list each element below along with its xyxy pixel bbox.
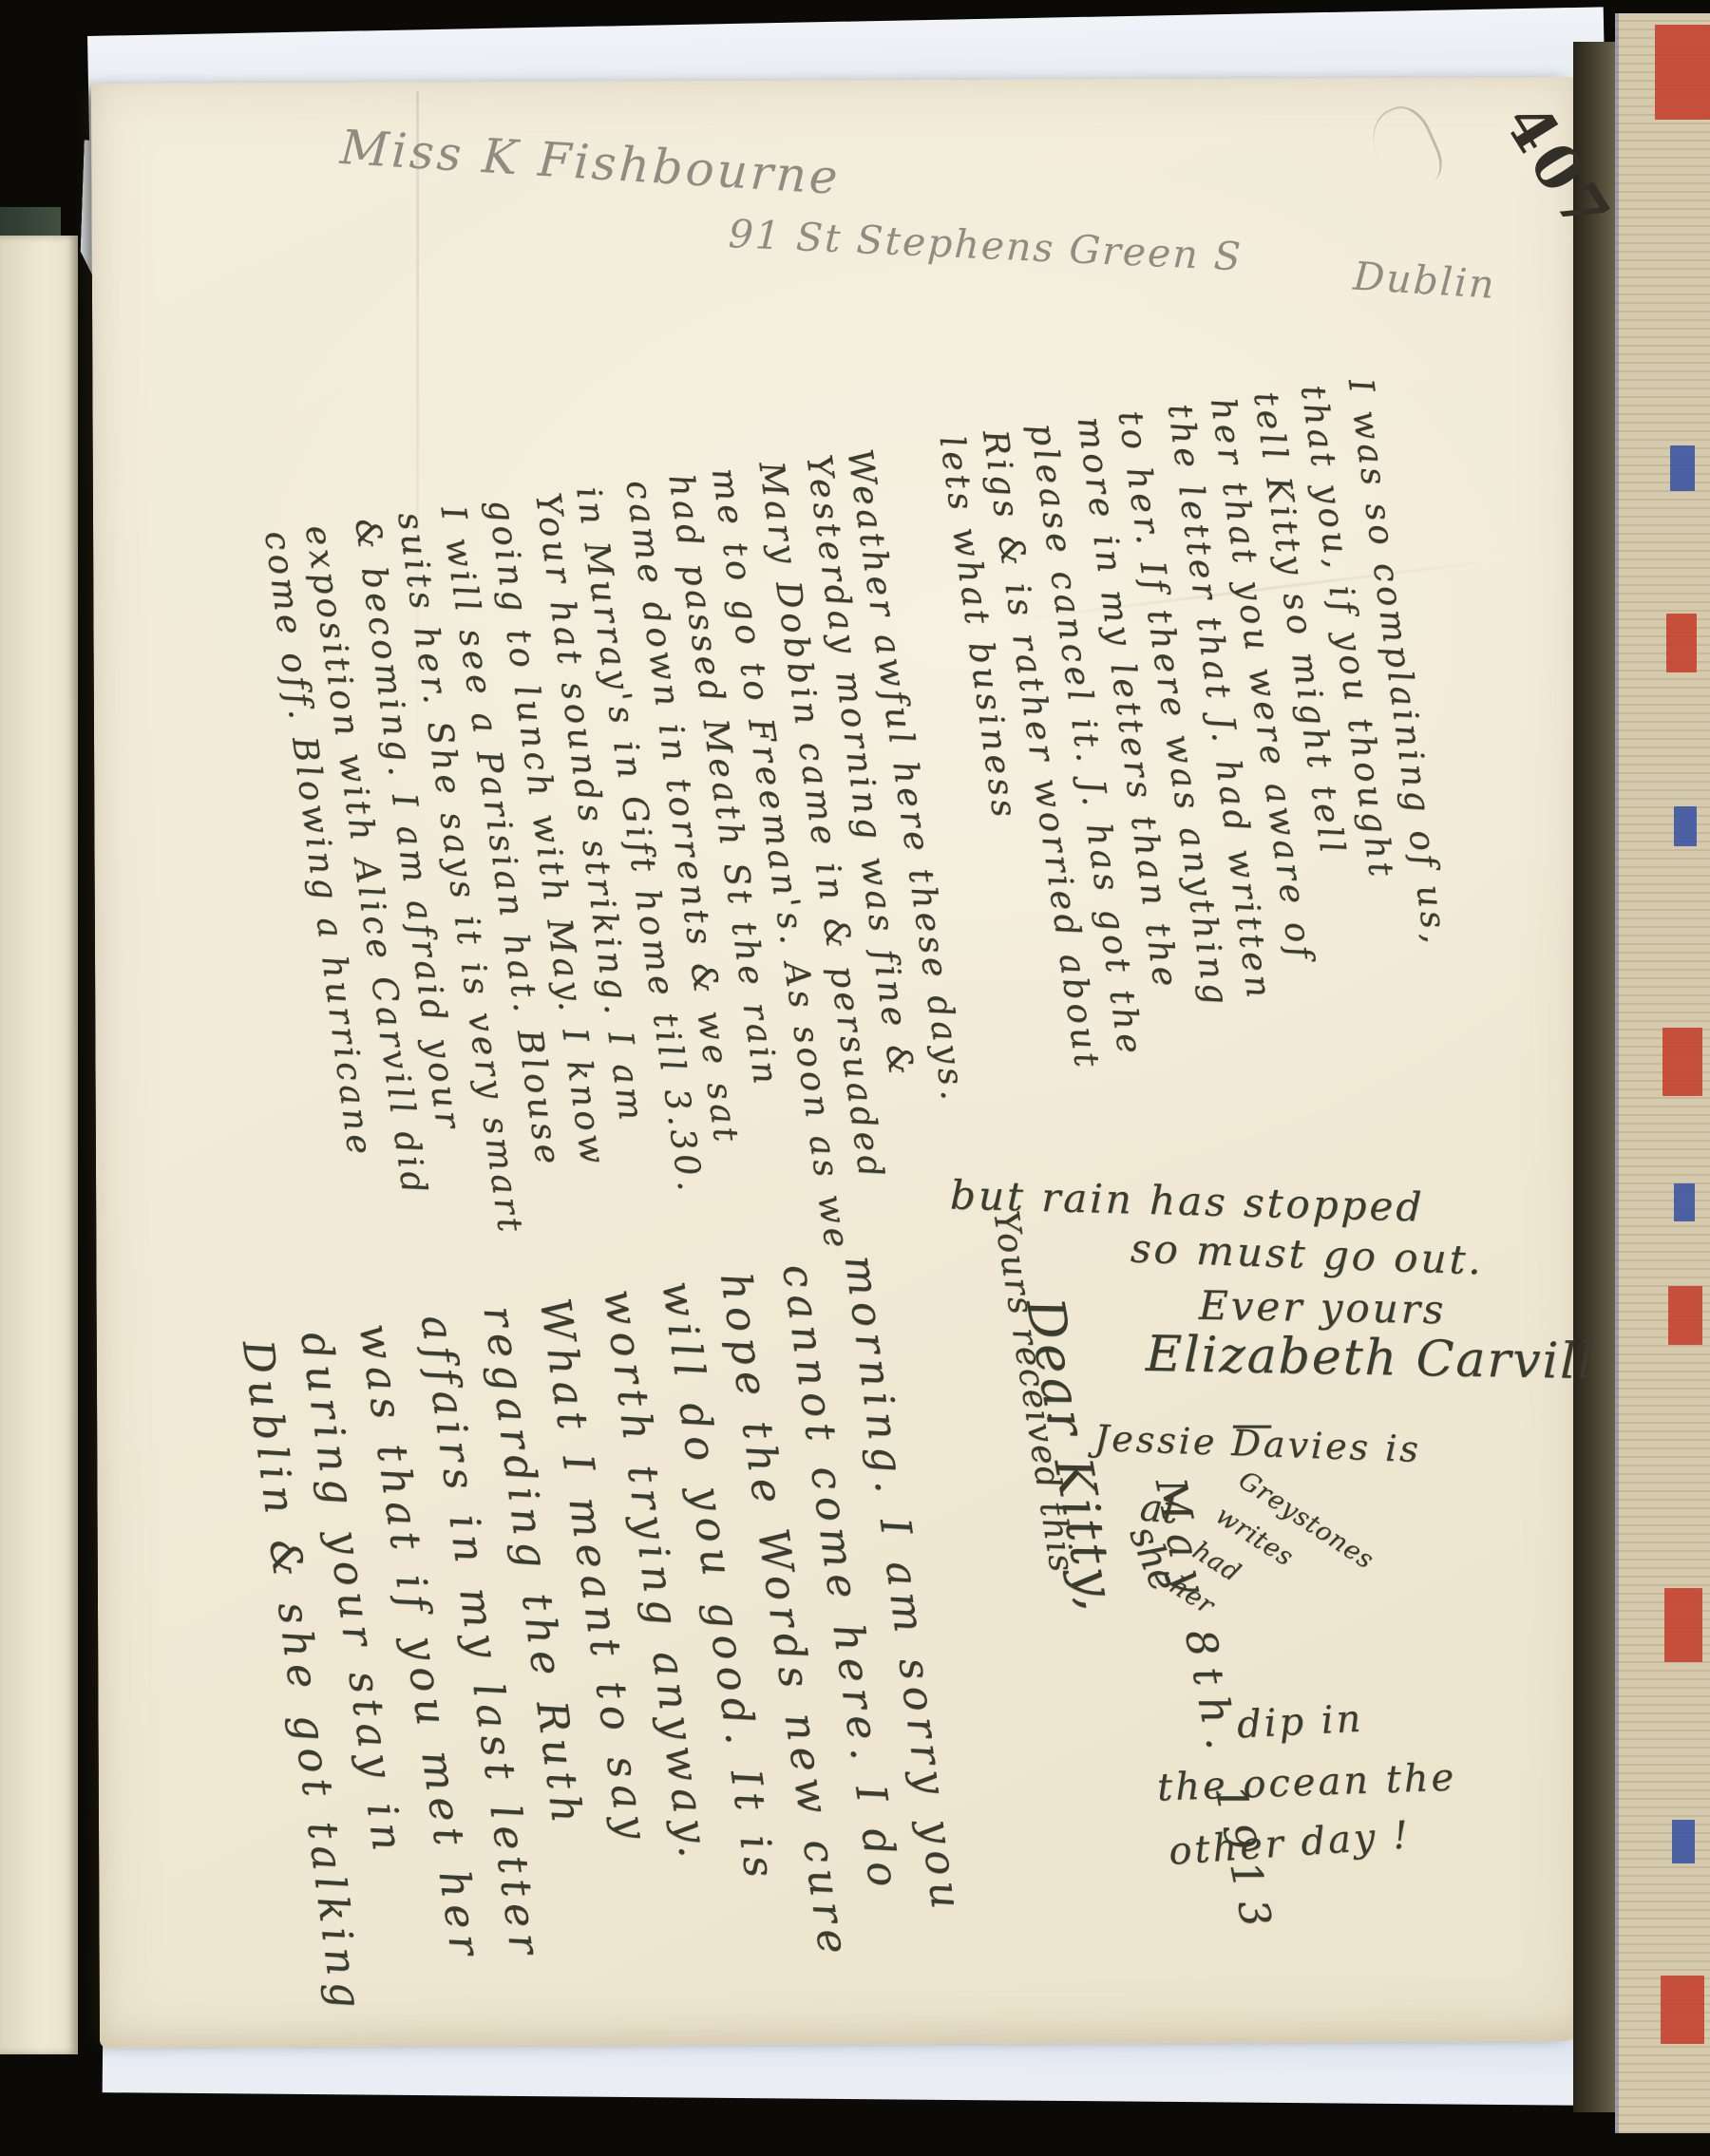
printed-edge-mark-red — [1662, 1028, 1702, 1096]
archival-book-scan: 407 Miss K Fishbourne 91 St Stephens Gre… — [0, 0, 1710, 2156]
printed-edge-mark-red — [1664, 1588, 1702, 1662]
printed-edge-mark-blue — [1674, 1183, 1695, 1221]
postscript-line: dip in — [1236, 1697, 1365, 1748]
printed-edge-mark-red — [1668, 1286, 1702, 1345]
page-gutter-shadow — [1573, 42, 1619, 2112]
printed-edge-mark-red — [1661, 1976, 1704, 2044]
letter-body-block-1: I was so complaining of us,that you, if … — [251, 376, 1490, 1318]
adjacent-page-edge — [0, 236, 78, 2054]
letter-body-block-2: morning. I am sorry youcannot come here.… — [224, 1252, 983, 2033]
printed-edge-mark-red — [1666, 614, 1697, 672]
annotation-city: Dublin — [1353, 254, 1498, 308]
printed-edge-mark-red — [1655, 25, 1710, 120]
signature: Elizabeth Carvill — [1146, 1326, 1596, 1390]
printed-edge-mark-blue — [1670, 445, 1695, 491]
closing-line-3: Ever yours — [1199, 1282, 1447, 1333]
printed-edge-mark-blue — [1672, 1820, 1695, 1863]
following-pages-edges — [1615, 13, 1710, 2133]
page-edge-line — [1615, 13, 1619, 2133]
printed-edge-mark-blue — [1674, 806, 1697, 846]
